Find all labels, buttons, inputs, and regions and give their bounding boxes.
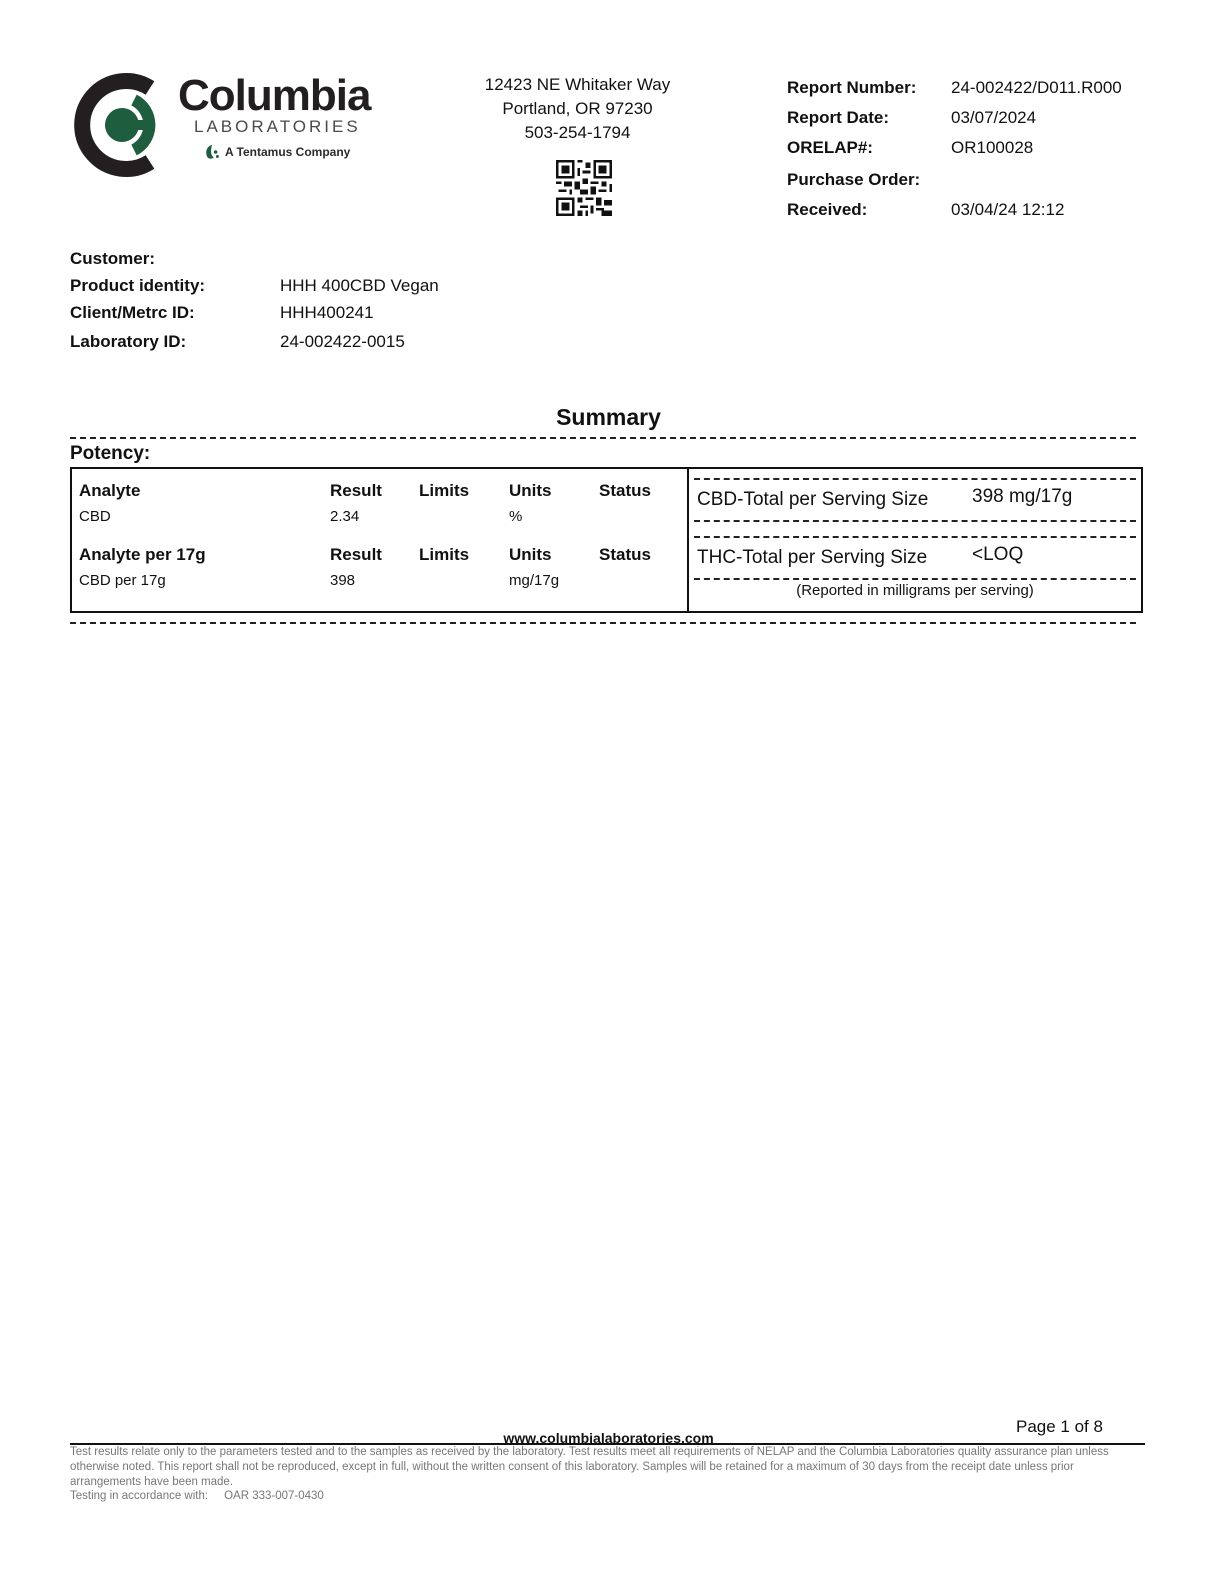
info-customer: Customer: <box>70 245 439 272</box>
tentamus-leaf-icon <box>203 143 221 161</box>
summary-divider-bottom <box>70 622 1136 624</box>
table-row: CBD per 17g 398 mg/17g <box>79 568 679 606</box>
lab-address: 12423 NE Whitaker Way Portland, OR 97230… <box>470 73 685 145</box>
testing-value: OAR 333-007-0430 <box>224 1490 324 1502</box>
meta-orelap: ORELAP#: OR100028 <box>787 133 1122 163</box>
meta-report-number: Report Number: 24-002422/D011.R000 <box>787 73 1122 103</box>
logo-wordmark: Columbia <box>178 72 370 120</box>
columbia-logo-icon <box>72 70 182 180</box>
address-street: 12423 NE Whitaker Way <box>470 73 685 97</box>
serving-summary: CBD-Total per Serving Size 398 mg/17g TH… <box>689 468 1141 600</box>
meta-received: Received: 03/04/24 12:12 <box>787 195 1122 225</box>
serving-row-thc: THC-Total per Serving Size <LOQ <box>689 538 1141 578</box>
qr-code-icon <box>556 160 612 216</box>
logo-title: Columbia <box>178 72 370 120</box>
summary-divider-top <box>70 437 1136 439</box>
footer-testing: Testing in accordance with:OAR 333-007-0… <box>70 1490 324 1502</box>
serving-row-cbd: CBD-Total per Serving Size 398 mg/17g <box>689 480 1141 520</box>
table-header: Analyte per 17g Result Limits Units Stat… <box>79 542 679 568</box>
report-meta: Report Number: 24-002422/D011.R000 Repor… <box>787 73 1122 225</box>
potency-table: Analyte Result Limits Units Status CBD 2… <box>79 478 679 606</box>
serving-divider <box>694 520 1136 522</box>
potency-label: Potency: <box>70 443 150 465</box>
table-header: Analyte Result Limits Units Status <box>79 478 679 504</box>
summary-title: Summary <box>0 404 1217 431</box>
info-product-identity: Product identity: HHH 400CBD Vegan <box>70 272 439 299</box>
info-laboratory-id: Laboratory ID: 24-002422-0015 <box>70 326 439 357</box>
address-city: Portland, OR 97230 <box>470 97 685 121</box>
customer-info: Customer: Product identity: HHH 400CBD V… <box>70 245 439 357</box>
info-client-metrc-id: Client/Metrc ID: HHH400241 <box>70 299 439 326</box>
meta-purchase-order: Purchase Order: <box>787 165 1122 195</box>
testing-label: Testing in accordance with: <box>70 1490 208 1502</box>
footer-disclaimer: Test results relate only to the paramete… <box>70 1445 1145 1490</box>
logo-subtitle: LABORATORIES <box>194 117 361 137</box>
meta-report-date: Report Date: 03/07/2024 <box>787 103 1122 133</box>
address-phone: 503-254-1794 <box>470 121 685 145</box>
tagline-text: A Tentamus Company <box>225 145 350 159</box>
serving-note: (Reported in milligrams per serving) <box>689 580 1141 600</box>
logo-tagline: A Tentamus Company <box>203 143 350 161</box>
table-row: CBD 2.34 % <box>79 504 679 542</box>
